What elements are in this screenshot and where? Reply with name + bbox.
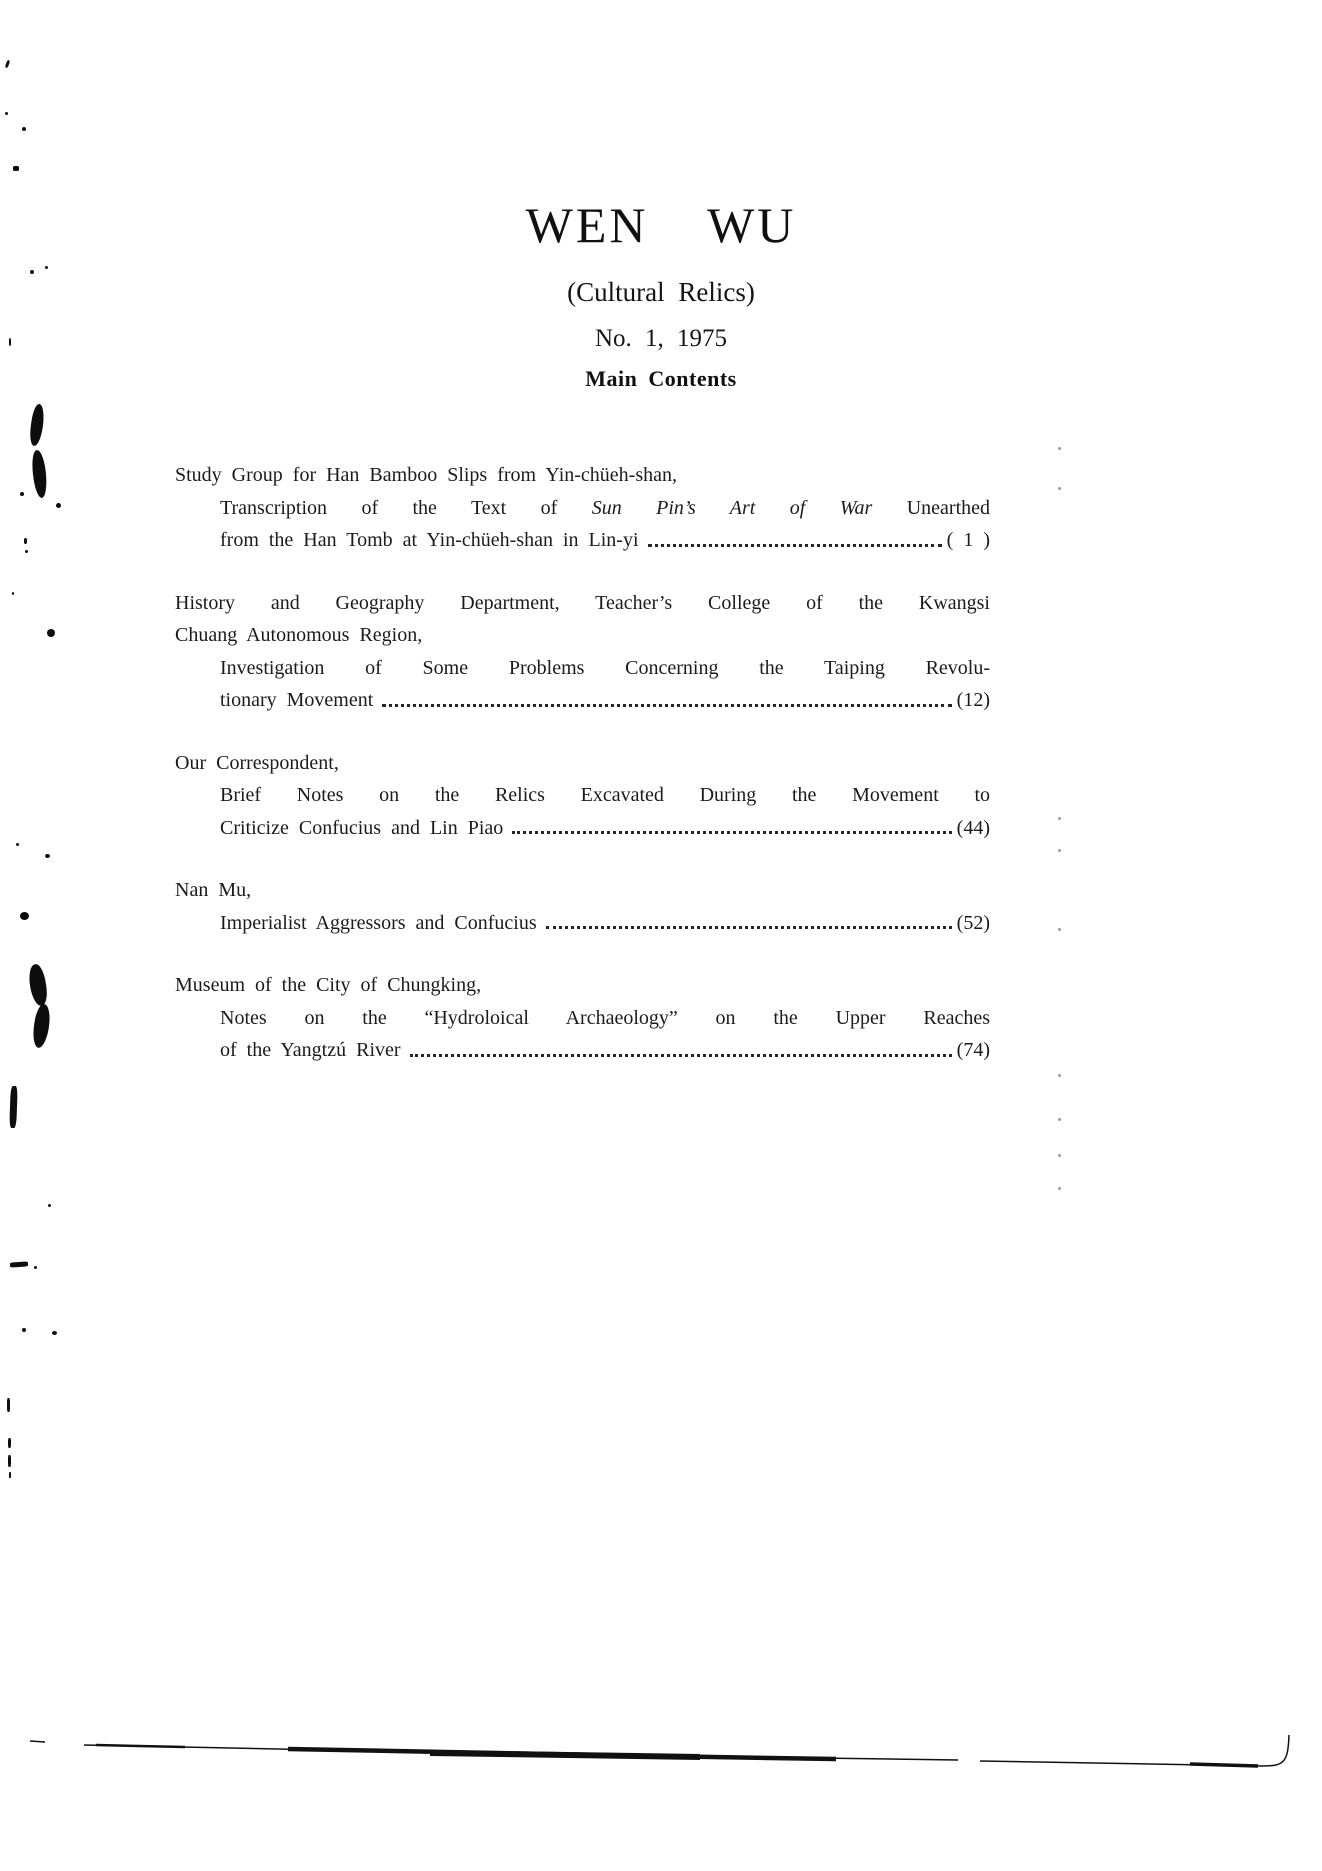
toc-text-segment: Museum of the City of Chungking, xyxy=(175,974,481,996)
dotted-leader xyxy=(373,684,956,717)
dotted-leader xyxy=(401,1034,957,1067)
toc-text-segment: Unearthed xyxy=(872,497,990,519)
masthead: WEN WU (Cultural Relics) No. 1, 1975 Mai… xyxy=(0,0,1322,392)
ink-speck xyxy=(56,503,61,508)
ink-speck xyxy=(31,1003,53,1049)
toc-entry: Our Correspondent,Brief Notes on the Rel… xyxy=(175,747,990,845)
journal-subtitle: (Cultural Relics) xyxy=(0,277,1322,308)
toc-line-text: Brief Notes on the Relics Excavated Duri… xyxy=(220,784,990,806)
toc-line-text: Our Correspondent, xyxy=(175,752,339,774)
ink-speck xyxy=(45,854,50,858)
toc-line-text: Notes on the “Hydroloical Archaeology” o… xyxy=(220,1007,990,1029)
toc-text-segment: Imperialist Aggressors and Confucius xyxy=(220,912,537,934)
toc-line: Transcription of the Text of Sun Pin’s A… xyxy=(175,492,990,525)
ink-speck xyxy=(5,112,8,115)
toc-line: Chuang Autonomous Region, xyxy=(175,619,990,652)
ink-speck xyxy=(34,1266,37,1269)
page-number: (52) xyxy=(957,907,990,940)
toc-line: Imperialist Aggressors and Confucius(52) xyxy=(175,907,990,940)
ink-speck xyxy=(25,550,28,553)
toc-line-text: Nan Mu, xyxy=(175,879,251,901)
ink-speck xyxy=(48,1204,51,1207)
toc-line-text: of the Yangtzú River xyxy=(220,1034,401,1067)
toc-line: Museum of the City of Chungking, xyxy=(175,969,990,1002)
toc-line: of the Yangtzú River(74) xyxy=(175,1034,990,1067)
ink-speck xyxy=(13,166,19,171)
toc-text-segment: from the Han Tomb at Yin-chüeh-shan in L… xyxy=(220,529,639,551)
toc-entry: Study Group for Han Bamboo Slips from Yi… xyxy=(175,459,990,557)
dotted-leader xyxy=(503,812,956,845)
toc-line: History and Geography Department, Teache… xyxy=(175,587,990,620)
ink-speck xyxy=(20,492,24,496)
toc-text-segment: Notes on the “Hydroloical Archaeology” o… xyxy=(220,1007,990,1029)
toc-line: Brief Notes on the Relics Excavated Duri… xyxy=(175,779,990,812)
toc-text-segment: Sun Pin’s Art of War xyxy=(592,497,873,519)
faint-dot xyxy=(1058,447,1061,450)
toc-line-text: Criticize Confucius and Lin Piao xyxy=(220,812,503,845)
scanned-page: WEN WU (Cultural Relics) No. 1, 1975 Mai… xyxy=(0,0,1322,1871)
ink-speck xyxy=(8,1438,11,1448)
faint-dot xyxy=(1058,487,1061,490)
toc-text-segment: Nan Mu, xyxy=(175,879,251,901)
page-number: (74) xyxy=(957,1034,990,1067)
issue-number: No. 1, 1975 xyxy=(0,325,1322,353)
faint-dot xyxy=(1058,928,1061,931)
ink-speck xyxy=(30,449,49,498)
toc-entry: Nan Mu,Imperialist Aggressors and Confuc… xyxy=(175,874,990,939)
ink-speck xyxy=(30,270,34,274)
toc-line: from the Han Tomb at Yin-chüeh-shan in L… xyxy=(175,524,990,557)
toc-line: Our Correspondent, xyxy=(175,747,990,780)
faint-dot xyxy=(1058,817,1061,820)
ink-speck xyxy=(47,629,55,637)
ink-speck xyxy=(12,592,14,595)
page-number: (44) xyxy=(957,812,990,845)
toc-text-segment: of the Yangtzú River xyxy=(220,1039,401,1061)
page-number: ( 1 ) xyxy=(947,524,990,557)
dotted-leader xyxy=(639,524,947,557)
ink-speck xyxy=(28,403,46,446)
toc-text-segment: Criticize Confucius and Lin Piao xyxy=(220,817,503,839)
toc-line: Nan Mu, xyxy=(175,874,990,907)
toc-text-segment: tionary Movement xyxy=(220,689,373,711)
dotted-leader xyxy=(537,907,957,940)
ink-speck xyxy=(22,1328,26,1332)
ink-speck xyxy=(10,1261,28,1267)
journal-title: WEN WU xyxy=(0,196,1322,254)
faint-dot xyxy=(1058,1074,1061,1077)
ink-speck xyxy=(24,538,27,544)
toc-line: Criticize Confucius and Lin Piao(44) xyxy=(175,812,990,845)
contents-heading: Main Contents xyxy=(0,366,1322,392)
page-number: (12) xyxy=(957,684,990,717)
toc-line-text: from the Han Tomb at Yin-chüeh-shan in L… xyxy=(220,524,639,557)
ink-speck xyxy=(9,338,11,346)
faint-dot xyxy=(1058,849,1061,852)
toc-entry: Museum of the City of Chungking,Notes on… xyxy=(175,969,990,1067)
ink-speck xyxy=(20,912,29,920)
toc-line-text: tionary Movement xyxy=(220,684,373,717)
toc-text-segment: History and Geography Department, Teache… xyxy=(175,592,990,614)
toc-line-text: History and Geography Department, Teache… xyxy=(175,592,990,614)
toc-line: tionary Movement(12) xyxy=(175,684,990,717)
ink-speck xyxy=(9,1086,17,1128)
ink-speck xyxy=(8,1455,11,1467)
toc-text-segment: Transcription of the Text of xyxy=(220,497,592,519)
toc-line: Notes on the “Hydroloical Archaeology” o… xyxy=(175,1002,990,1035)
toc-text-segment: Our Correspondent, xyxy=(175,752,339,774)
toc-line-text: Chuang Autonomous Region, xyxy=(175,624,422,646)
toc-text-segment: Brief Notes on the Relics Excavated Duri… xyxy=(220,784,990,806)
ink-speck xyxy=(7,1398,10,1412)
faint-dot xyxy=(1058,1187,1061,1190)
ink-speck xyxy=(26,963,49,1007)
ink-speck xyxy=(22,127,26,131)
toc-line-text: Imperialist Aggressors and Confucius xyxy=(220,907,537,940)
faint-dot xyxy=(1058,1118,1061,1121)
page-edge-scan-line xyxy=(0,1695,1322,1805)
toc-text-segment: Investigation of Some Problems Concernin… xyxy=(220,657,990,679)
toc-line: Study Group for Han Bamboo Slips from Yi… xyxy=(175,459,990,492)
toc-entry: History and Geography Department, Teache… xyxy=(175,587,990,717)
ink-speck xyxy=(16,843,19,846)
toc-line-text: Study Group for Han Bamboo Slips from Yi… xyxy=(175,464,677,486)
toc-text-segment: Study Group for Han Bamboo Slips from Yi… xyxy=(175,464,677,486)
toc-line-text: Investigation of Some Problems Concernin… xyxy=(220,657,990,679)
ink-speck xyxy=(45,266,48,269)
toc-text-segment: Chuang Autonomous Region, xyxy=(175,624,422,646)
ink-speck xyxy=(52,1331,57,1335)
ink-speck xyxy=(9,1472,11,1478)
faint-dot xyxy=(1058,1154,1061,1157)
toc-line-text: Museum of the City of Chungking, xyxy=(175,974,481,996)
toc: Study Group for Han Bamboo Slips from Yi… xyxy=(175,459,990,1067)
toc-line: Investigation of Some Problems Concernin… xyxy=(175,652,990,685)
toc-line-text: Transcription of the Text of Sun Pin’s A… xyxy=(220,497,990,519)
